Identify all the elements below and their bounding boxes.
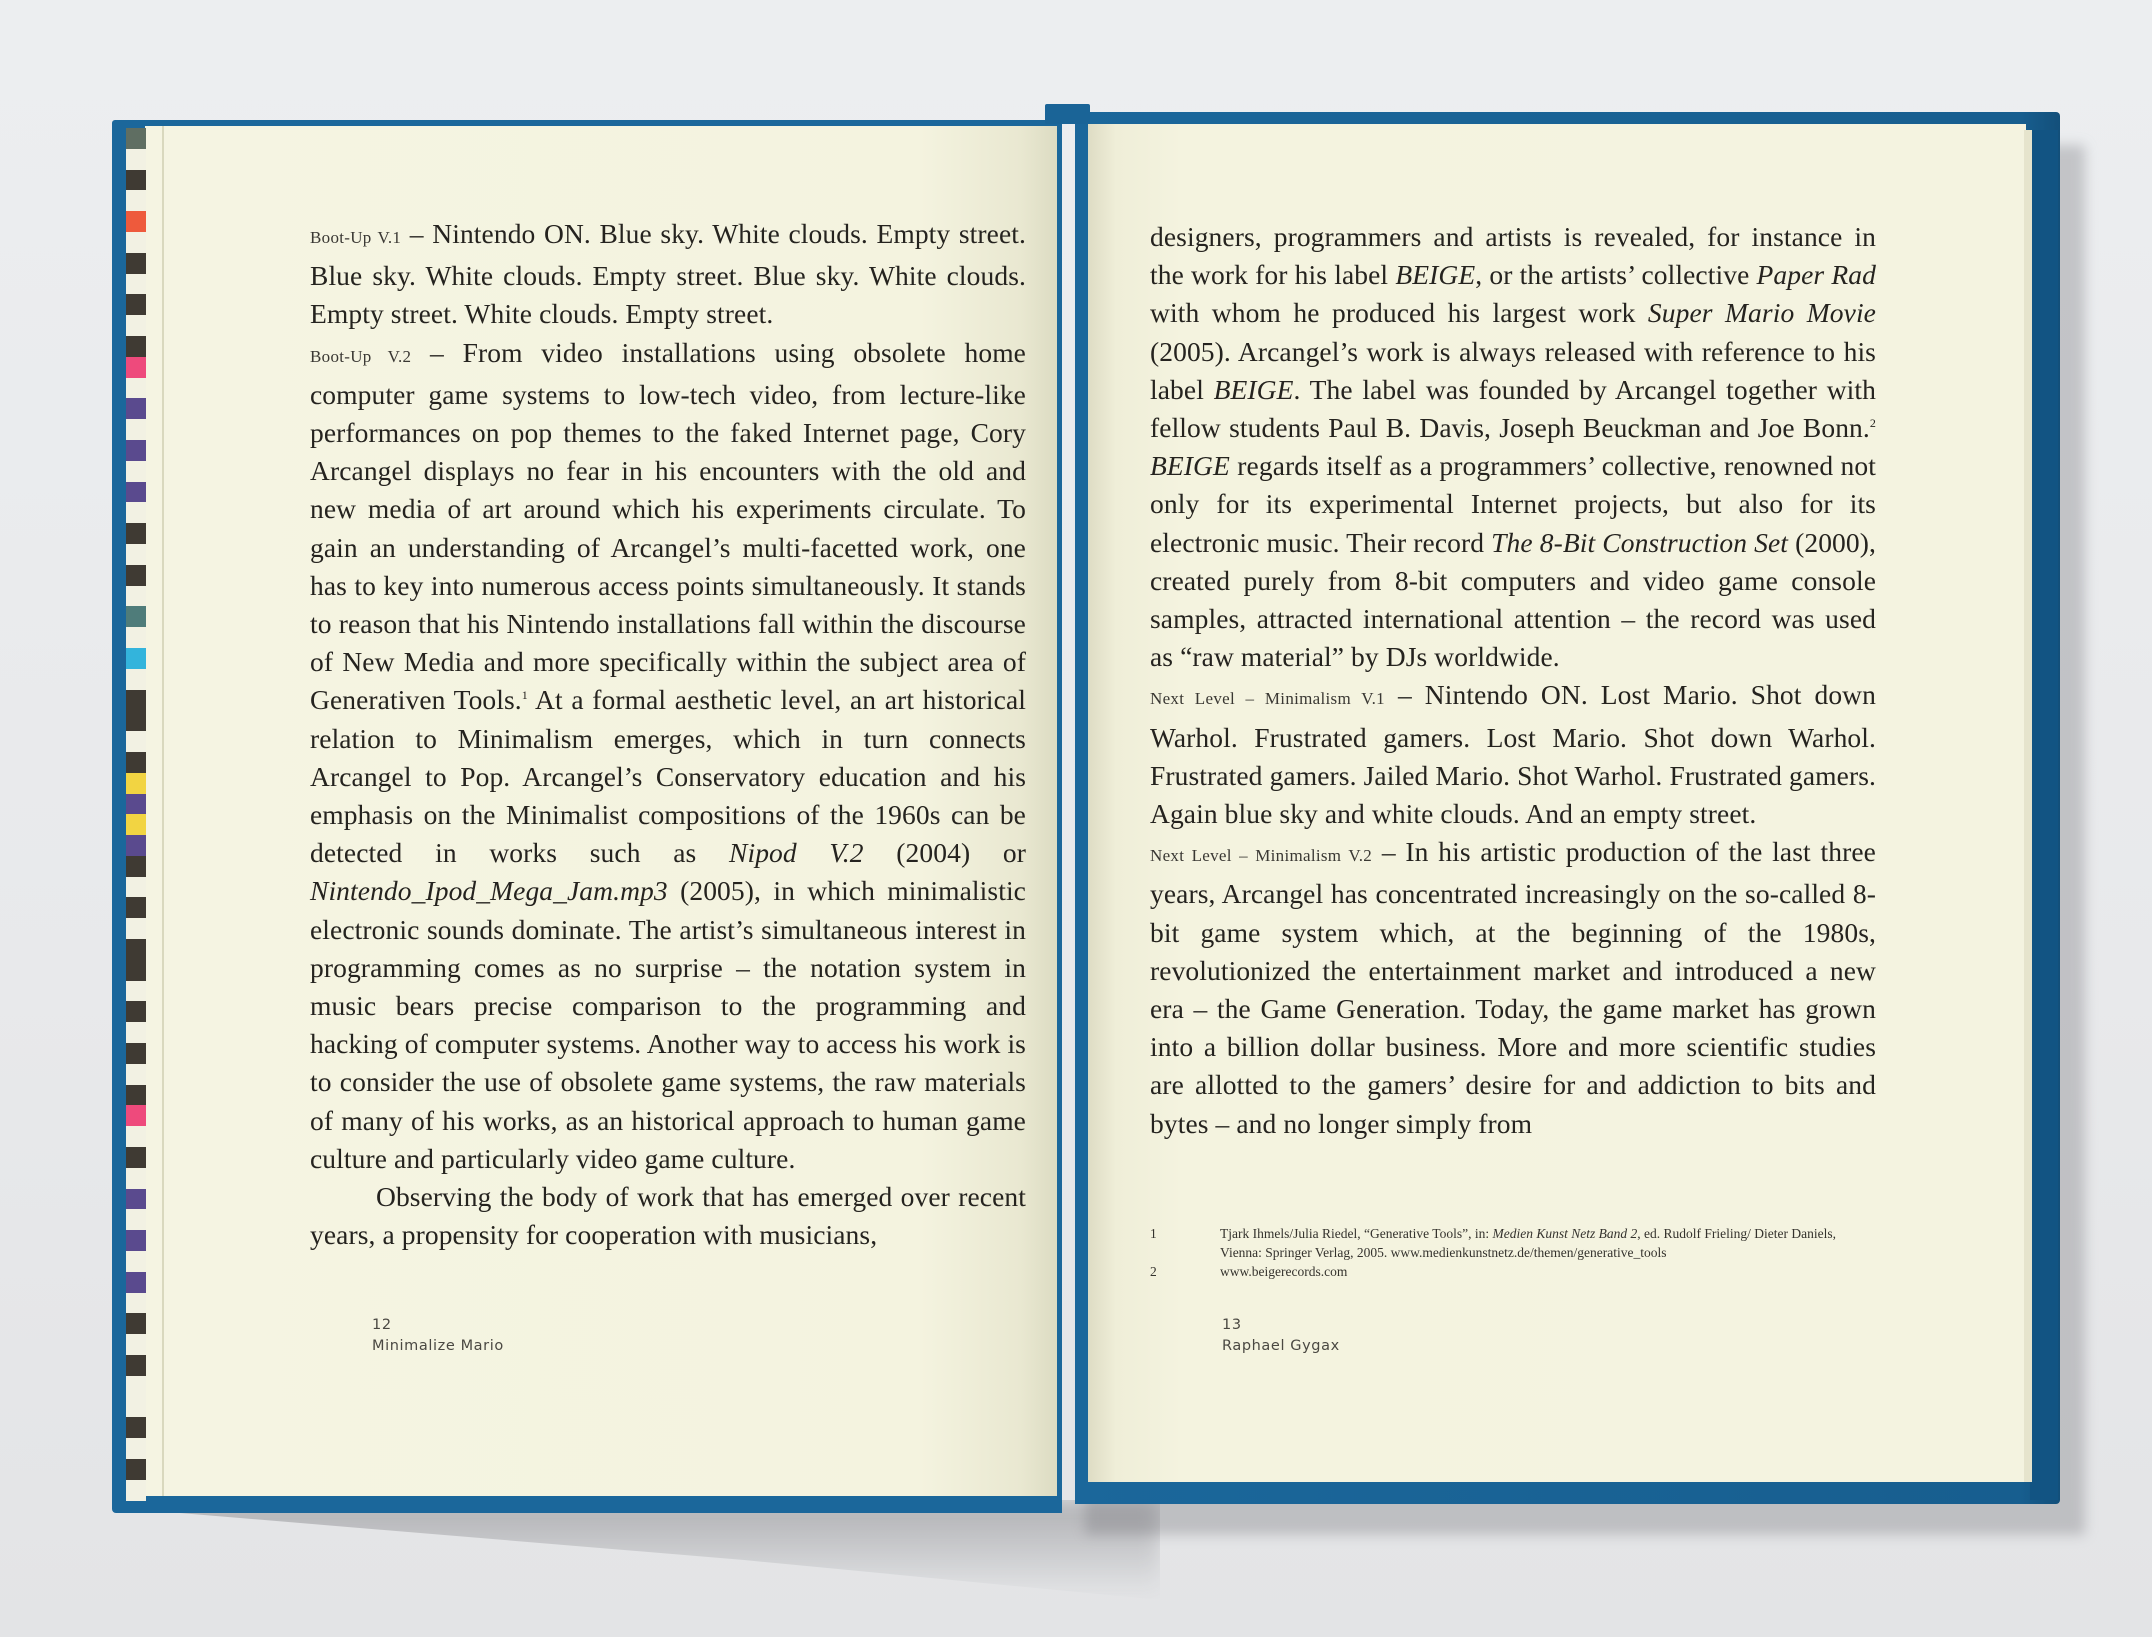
label-name: BEIGE <box>1395 259 1475 290</box>
color-swatch <box>126 960 146 981</box>
paragraph-observing: Observing the body of work that has emer… <box>310 1178 1026 1254</box>
dash: – <box>1385 679 1425 710</box>
running-title: Raphael Gygax <box>1222 1336 1340 1357</box>
color-swatch <box>126 357 146 378</box>
color-swatch <box>126 939 146 960</box>
color-swatch <box>126 981 146 1002</box>
color-swatch <box>126 419 146 440</box>
color-swatch <box>126 315 146 336</box>
footnote-title: Medien Kunst Netz Band 2 <box>1492 1226 1637 1241</box>
color-swatch <box>126 918 146 939</box>
paragraph-boot-up-v2: Boot-Up V.2 – From video installations u… <box>310 334 1026 1178</box>
collective-name: Paper Rad <box>1757 259 1876 290</box>
color-swatch <box>126 1376 146 1397</box>
color-swatch <box>126 1043 146 1064</box>
color-swatch <box>126 1397 146 1418</box>
left-page-footer: 12 Minimalize Mario <box>372 1315 504 1357</box>
body-text: (2005), in which minimalistic electronic… <box>310 875 1026 1173</box>
color-swatch <box>126 190 146 211</box>
color-swatch <box>126 398 146 419</box>
color-swatch <box>126 482 146 503</box>
color-swatch <box>126 669 146 690</box>
color-swatch-strip <box>126 128 146 1501</box>
color-swatch <box>126 856 146 877</box>
dash: – <box>411 337 462 368</box>
book-shadow-left <box>120 1500 1160 1600</box>
section-text: In his artistic production of the last t… <box>1150 836 1876 1138</box>
color-swatch <box>126 336 146 357</box>
color-swatch <box>126 648 146 669</box>
book-cover-right-edge <box>2030 130 2058 1500</box>
color-swatch <box>126 1313 146 1334</box>
paragraph-next-level-v1: Next Level – Minimalism V.1 – Nintendo O… <box>1150 676 1876 833</box>
footnote-2: 2 www.beigerecords.com <box>1150 1262 1870 1281</box>
color-swatch <box>126 606 146 627</box>
body-text: , or the artists’ collective <box>1475 259 1756 290</box>
color-swatch <box>126 274 146 295</box>
right-page-edge <box>2024 130 2032 1482</box>
dash: – <box>401 218 432 249</box>
page-number: 13 <box>1222 1315 1340 1336</box>
color-swatch <box>126 814 146 835</box>
section-label: Next Level – Minimalism V.2 <box>1150 846 1372 865</box>
color-swatch <box>126 149 146 170</box>
label-name: BEIGE <box>1150 450 1230 481</box>
color-swatch <box>126 253 146 274</box>
book-spine <box>1045 104 1090 124</box>
right-page-body: designers, programmers and artists is re… <box>1150 218 1876 1143</box>
color-swatch <box>126 565 146 586</box>
color-swatch <box>126 1480 146 1501</box>
color-swatch <box>126 1126 146 1147</box>
footnote-number: 2 <box>1150 1262 1220 1281</box>
running-title: Minimalize Mario <box>372 1336 504 1357</box>
footnote-number: 1 <box>1150 1224 1220 1262</box>
footnote-text-part: Tjark Ihmels/Julia Riedel, “Generative T… <box>1220 1226 1492 1241</box>
label-name: BEIGE <box>1214 374 1294 405</box>
color-swatch <box>126 731 146 752</box>
color-swatch <box>126 1168 146 1189</box>
color-swatch <box>126 1417 146 1438</box>
paragraph-next-level-v2: Next Level – Minimalism V.2 – In his art… <box>1150 833 1876 1143</box>
footnotes: 1 Tjark Ihmels/Julia Riedel, “Generative… <box>1150 1224 1870 1281</box>
color-swatch <box>126 211 146 232</box>
color-swatch <box>126 1001 146 1022</box>
color-swatch <box>126 586 146 607</box>
color-swatch <box>126 1105 146 1126</box>
color-swatch <box>126 378 146 399</box>
work-title: Nipod V.2 <box>729 837 864 868</box>
color-swatch <box>126 1251 146 1272</box>
color-swatch <box>126 544 146 565</box>
page-number: 12 <box>372 1315 504 1336</box>
section-label: Boot-Up V.1 <box>310 228 401 247</box>
color-swatch <box>126 877 146 898</box>
color-swatch <box>126 502 146 523</box>
body-text: with whom he produced his largest work <box>1150 297 1648 328</box>
color-swatch <box>126 1064 146 1085</box>
color-swatch <box>126 710 146 731</box>
color-swatch <box>126 294 146 315</box>
color-swatch <box>126 523 146 544</box>
left-page-fold-line <box>162 126 164 1496</box>
section-label: Boot-Up V.2 <box>310 347 411 366</box>
color-swatch <box>126 1085 146 1106</box>
body-text: From video installations using obsolete … <box>310 337 1026 716</box>
color-swatch <box>126 1022 146 1043</box>
right-page-footer: 13 Raphael Gygax <box>1222 1315 1340 1357</box>
color-swatch <box>126 835 146 856</box>
color-swatch <box>126 440 146 461</box>
body-text: (2004) or <box>864 837 1026 868</box>
color-swatch <box>126 170 146 191</box>
color-swatch <box>126 897 146 918</box>
footnote-text: Tjark Ihmels/Julia Riedel, “Generative T… <box>1220 1224 1870 1262</box>
color-swatch <box>126 752 146 773</box>
color-swatch <box>126 1334 146 1355</box>
color-swatch <box>126 461 146 482</box>
color-swatch <box>126 1209 146 1230</box>
color-swatch <box>126 1355 146 1376</box>
color-swatch <box>126 1147 146 1168</box>
work-title: Super Mario Movie <box>1648 297 1876 328</box>
color-swatch <box>126 773 146 794</box>
color-swatch <box>126 794 146 815</box>
color-swatch <box>126 1189 146 1210</box>
dash: – <box>1372 836 1405 867</box>
color-swatch <box>126 690 146 711</box>
footnote-text: www.beigerecords.com <box>1220 1262 1870 1281</box>
color-swatch <box>126 1293 146 1314</box>
color-swatch <box>126 1230 146 1251</box>
color-swatch <box>126 128 146 149</box>
record-title: The 8-Bit Construction Set <box>1491 527 1788 558</box>
color-swatch <box>126 232 146 253</box>
left-page-body: Boot-Up V.1 – Nintendo ON. Blue sky. Whi… <box>310 215 1026 1254</box>
color-swatch <box>126 1438 146 1459</box>
paragraph-continuation: designers, programmers and artists is re… <box>1150 218 1876 676</box>
footnote-ref-2[interactable]: 2 <box>1870 416 1876 430</box>
section-label: Next Level – Minimalism V.1 <box>1150 689 1385 708</box>
footnote-1: 1 Tjark Ihmels/Julia Riedel, “Generative… <box>1150 1224 1870 1262</box>
color-swatch <box>126 627 146 648</box>
color-swatch <box>126 1459 146 1480</box>
work-title: Nintendo_Ipod_Mega_Jam.mp3 <box>310 875 668 906</box>
color-swatch <box>126 1272 146 1293</box>
paragraph-boot-up-v1: Boot-Up V.1 – Nintendo ON. Blue sky. Whi… <box>310 215 1026 334</box>
